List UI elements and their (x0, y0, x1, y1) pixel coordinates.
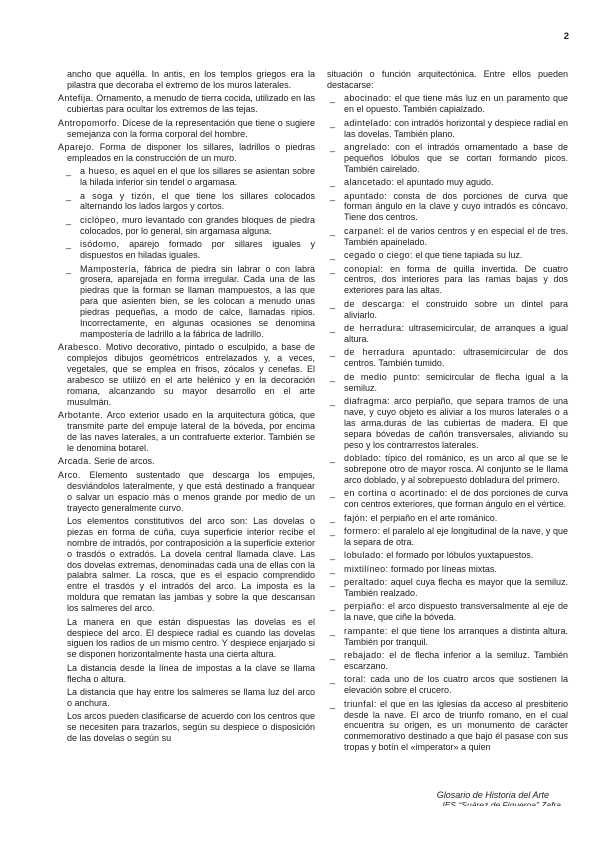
entry-term: Antropomorfo. (58, 118, 120, 128)
dash-bullet-icon: _ (330, 626, 344, 637)
item-text: el que en las iglesias da acceso al pres… (344, 699, 568, 753)
entry-text: Elemento sustentado que descarga los emp… (67, 470, 315, 513)
item-term: alancetado: (344, 177, 394, 187)
dash-bullet-icon: _ (66, 264, 80, 275)
dash-bullet-icon: _ (66, 191, 80, 202)
item-term: ciclópeo, (80, 215, 119, 225)
glossary-list-item: _doblado: típico del románico, es un arc… (327, 453, 568, 486)
item-term: triunfal: (344, 699, 377, 709)
item-text: el formado por lóbulos yuxtapuestos. (386, 550, 533, 560)
glossary-list-item: _a hueso, es aquel en el que los sillare… (58, 166, 315, 188)
glossary-list-item: _carpanel: el de varios centros y en esp… (327, 226, 568, 248)
dash-bullet-icon: _ (330, 250, 344, 261)
page-footer: Glosario de Historia del Arte IES “Suáre… (437, 790, 549, 801)
dash-bullet-icon: _ (330, 264, 344, 275)
item-text: fábrica de piedra sin labrar o con labra… (80, 264, 315, 339)
item-term: a hueso, (80, 166, 118, 176)
entry-term: Arcada. (58, 456, 91, 466)
dash-bullet-icon: _ (330, 577, 344, 588)
paragraph-text: La manera en que están dispuestas las do… (67, 617, 315, 660)
item-term: diafragma: (344, 396, 390, 406)
glossary-list-item: _rebajado: el de flecha inferior a la se… (327, 650, 568, 672)
entry-term: Arabesco. (58, 342, 102, 352)
dash-bullet-icon: _ (66, 239, 80, 250)
paragraph-text: Los arcos pueden clasificarse de acuerdo… (67, 711, 315, 743)
glossary-list-item: _formero: el paralelo al eje longitudina… (327, 526, 568, 548)
glossary-entry: Aparejo. Forma de disponer los sillares,… (58, 142, 315, 164)
glossary-list-item: _alancetado: el apuntado muy agudo. (327, 177, 568, 188)
item-term: Mampostería, (80, 264, 139, 274)
entry-text: Serie de arcos. (94, 456, 155, 466)
glossary-list-item: _de herradura apuntado: ultrasemicircula… (327, 347, 568, 369)
entry-term: Arco. (58, 470, 81, 480)
glossary-list-item: _lobulado: el formado por lóbulos yuxtap… (327, 550, 568, 561)
item-term: mixtilíneo: (344, 564, 388, 574)
item-term: formero: (344, 526, 380, 536)
continuation-paragraph: La distancia que hay entre los salmeres … (58, 687, 315, 709)
item-term: fajón: (344, 513, 368, 523)
entry-term: Arbotante. (58, 410, 103, 420)
dash-bullet-icon: _ (330, 699, 344, 710)
dash-bullet-icon: _ (330, 226, 344, 237)
glossary-list-item: _diafragma: arco perpiaño, que separa tr… (327, 396, 568, 451)
intro-paragraph: situación o función arquitectónica. Entr… (327, 69, 568, 91)
glossary-list-item: _abocinado: el que tiene más luz en un p… (327, 93, 568, 115)
dash-bullet-icon: _ (330, 550, 344, 561)
dash-bullet-icon: _ (330, 191, 344, 202)
item-text: formado por líneas mixtas. (391, 564, 497, 574)
dash-bullet-icon: _ (330, 347, 344, 358)
glossary-list-item: _a soga y tizón, el que tiene los sillar… (58, 191, 315, 213)
glossary-list-item: _Mampostería, fábrica de piedra sin labr… (58, 264, 315, 340)
item-term: abocinado: (344, 93, 392, 103)
dash-bullet-icon: _ (66, 166, 80, 177)
glossary-list-item: _en cortina o acortinado: el de dos porc… (327, 488, 568, 510)
glossary-list-item: _de descarga: el construido sobre un din… (327, 299, 568, 321)
continuation-paragraph: Los elementos constitutivos del arco son… (58, 516, 315, 614)
item-term: perpiaño: (344, 601, 385, 611)
continuation-paragraph: La distancia desde la línea de impostas … (58, 663, 315, 685)
dash-bullet-icon: _ (330, 564, 344, 575)
item-term: a soga y tizón, (80, 191, 155, 201)
continuation-paragraph: Los arcos pueden clasificarse de acuerdo… (58, 711, 315, 744)
item-term: carpanel: (344, 226, 384, 236)
glossary-entry: Arco. Elemento sustentado que descarga l… (58, 470, 315, 514)
item-term: lobulado: (344, 550, 384, 560)
glossary-list-item: _de medio punto: semicircular de flecha … (327, 372, 568, 394)
glossary-list-item: _cegado o ciego: el que tiene tapiada su… (327, 250, 568, 261)
glossary-entry: Antropomorfo. Dícese de la representació… (58, 118, 315, 140)
glossary-list-item: _adintelado: con intradós horizontal y d… (327, 118, 568, 140)
glossary-list-item: _isódomo, aparejo formado por sillares i… (58, 239, 315, 261)
text-columns: ancho que aquélla. In antis, en los temp… (58, 69, 568, 756)
entry-text: Ornamento, a menudo de tierra cocida, ut… (67, 93, 315, 114)
item-term: de herradura: (344, 323, 404, 333)
dash-bullet-icon: _ (66, 215, 80, 226)
glossary-list-item: _mixtilíneo: formado por líneas mixtas. (327, 564, 568, 575)
dash-bullet-icon: _ (330, 453, 344, 464)
dash-bullet-icon: _ (330, 674, 344, 685)
dash-bullet-icon: _ (330, 177, 344, 188)
item-term: de descarga: (344, 299, 405, 309)
item-text: el apuntado muy agudo. (397, 177, 494, 187)
glossary-list-item: _apuntado: consta de dos porciones de cu… (327, 191, 568, 224)
entry-text: Arco exterior usado en la arquitectura g… (67, 410, 315, 453)
dash-bullet-icon: _ (330, 396, 344, 407)
item-term: cegado o ciego: (344, 250, 413, 260)
item-term: rebajado: (344, 650, 385, 660)
item-text: el perpiaño en el arte románico. (371, 513, 498, 523)
dash-bullet-icon: _ (330, 526, 344, 537)
continuation-paragraph: ancho que aquélla. In antis, en los temp… (58, 69, 315, 91)
dash-bullet-icon: _ (330, 142, 344, 153)
item-term: adintelado: (344, 118, 392, 128)
item-term: de herradura apuntado: (344, 347, 456, 357)
dash-bullet-icon: _ (330, 93, 344, 104)
glossary-list-item: _perpiaño: el arco dispuesto transversal… (327, 601, 568, 623)
item-term: en cortina o acortinado: (344, 488, 448, 498)
page-number: 2 (564, 32, 569, 43)
entry-text: Motivo decorativo, pintado o esculpido, … (67, 342, 315, 407)
dash-bullet-icon: _ (330, 650, 344, 661)
dash-bullet-icon: _ (330, 513, 344, 524)
glossary-list-item: _conopial: en forma de quilla invertida.… (327, 264, 568, 297)
glossary-list-item: _ciclópeo, muro levantado con grandes bl… (58, 215, 315, 237)
paragraph-text: Los elementos constitutivos del arco son… (67, 516, 315, 613)
glossary-list-item: _de herradura: ultrasemicircular, de arr… (327, 323, 568, 345)
item-term: rampante: (344, 626, 388, 636)
right-column: situación o función arquitectónica. Entr… (327, 69, 568, 756)
item-term: peraltado: (344, 577, 388, 587)
glossary-list-item: _fajón: el perpiaño en el arte románico. (327, 513, 568, 524)
item-term: angrelado: (344, 142, 390, 152)
left-column: ancho que aquélla. In antis, en los temp… (58, 69, 315, 756)
dash-bullet-icon: _ (330, 601, 344, 612)
dash-bullet-icon: _ (330, 488, 344, 499)
footer-title: Glosario de Historia del Arte (437, 790, 549, 801)
item-term: doblado: (344, 453, 381, 463)
glossary-list-item: _rampante: el que tiene los arranques a … (327, 626, 568, 648)
continuation-paragraph: La manera en que están dispuestas las do… (58, 617, 315, 661)
footer-attribution-clipped: IES “Suárez de Figueroa” Zafra (391, 801, 561, 806)
item-term: apuntado: (344, 191, 387, 201)
entry-term: Aparejo. (58, 142, 94, 152)
dash-bullet-icon: _ (330, 299, 344, 310)
item-term: conopial: (344, 264, 383, 274)
glossary-list-item: _peraltado: aquel cuya flecha es mayor q… (327, 577, 568, 599)
glossary-entry: Antefija. Ornamento, a menudo de tierra … (58, 93, 315, 115)
item-term: isódomo, (80, 239, 119, 249)
dash-bullet-icon: _ (330, 372, 344, 383)
paragraph-text: La distancia desde la línea de impostas … (67, 663, 315, 684)
glossary-entry: Arbotante. Arco exterior usado en la arq… (58, 410, 315, 454)
paragraph-text: ancho que aquélla. In antis, en los temp… (67, 69, 315, 90)
item-text: el que tiene tapiada su luz. (415, 250, 522, 260)
dash-bullet-icon: _ (330, 118, 344, 129)
paragraph-text: situación o función arquitectónica. Entr… (327, 69, 568, 90)
entry-term: Antefija. (58, 93, 94, 103)
item-text: cada uno de los cuatro arcos que sostien… (344, 674, 568, 695)
paragraph-text: La distancia que hay entre los salmeres … (67, 687, 315, 708)
glossary-list-item: _triunfal: el que en las iglesias da acc… (327, 699, 568, 754)
document-page: 2 ancho que aquélla. In antis, en los te… (0, 0, 599, 848)
dash-bullet-icon: _ (330, 323, 344, 334)
glossary-list-item: _angrelado: con el intradós ornamentado … (327, 142, 568, 175)
item-term: de medio punto: (344, 372, 420, 382)
glossary-list-item: _toral: cada uno de los cuatro arcos que… (327, 674, 568, 696)
glossary-entry: Arabesco. Motivo decorativo, pintado o e… (58, 342, 315, 407)
glossary-entry: Arcada. Serie de arcos. (58, 456, 315, 467)
item-term: toral: (344, 674, 366, 684)
entry-text: Forma de disponer los sillares, ladrillo… (67, 142, 315, 163)
